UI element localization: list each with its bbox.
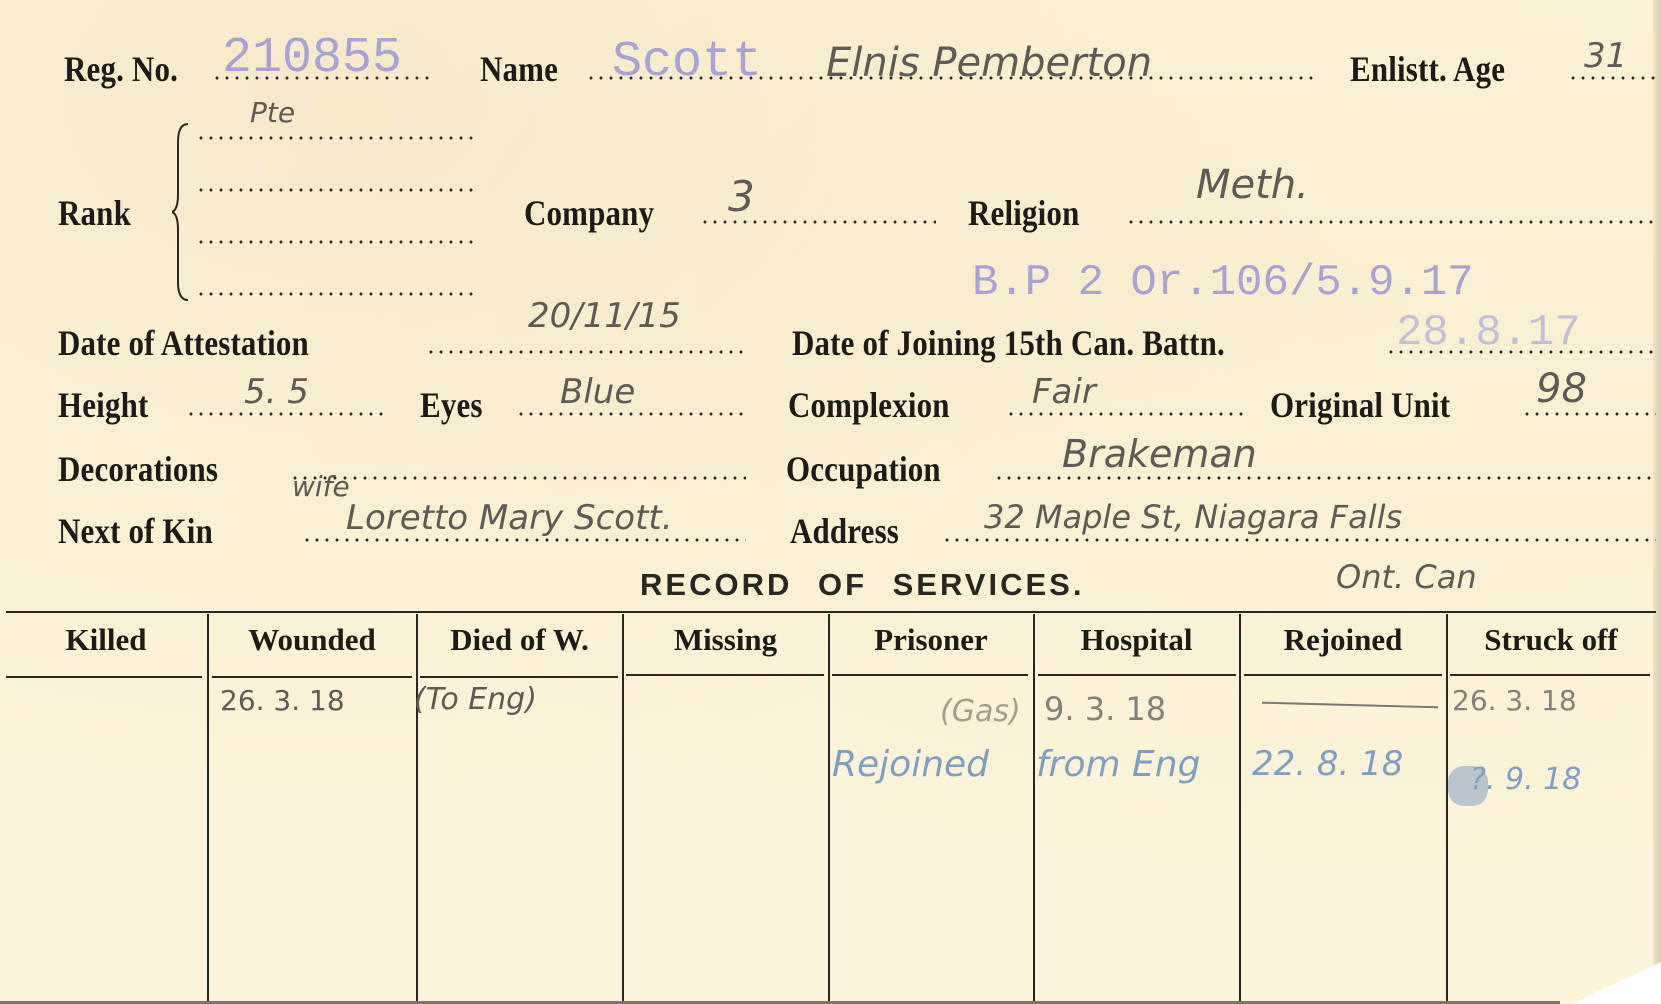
name-given-names: Elnis Pemberton (826, 40, 1152, 86)
rank-label: Rank (58, 192, 131, 234)
died-of-wounds-note: (To Eng) (414, 682, 537, 717)
attestation-dotted-line (426, 350, 746, 354)
original-unit-dotted-line (1522, 412, 1656, 416)
column-divider (1239, 614, 1241, 1004)
column-header-rejoined: Rejoined (1241, 622, 1445, 658)
record-of-services-title: RECORD OF SERVICES. (640, 567, 1084, 603)
rank-line-2 (196, 188, 478, 192)
card-edge (1653, 0, 1661, 1004)
wounded-date: 26. 3. 18 (220, 684, 345, 717)
date-of-attestation-label: Date of Attestation (58, 322, 309, 364)
next-of-kin-relation: wife (292, 470, 350, 503)
reg-no-value: 210855 (222, 30, 402, 87)
original-unit-label: Original Unit (1270, 384, 1450, 426)
reg-no-label: Reg. No. (64, 48, 178, 90)
column-divider (828, 614, 830, 1004)
rank-line-1 (196, 136, 474, 140)
hospital-date: 9. 3. 18 (1044, 690, 1166, 728)
rejoined-note-a: Rejoined (832, 744, 989, 785)
height-value: 5. 5 (244, 372, 309, 412)
company-value: 3 (728, 172, 755, 221)
occupation-label: Occupation (786, 448, 941, 490)
rank-value: Pte (250, 96, 295, 129)
column-header-wounded: Wounded (209, 622, 415, 658)
rank-brace (172, 122, 190, 302)
address-dotted-line (942, 538, 1656, 542)
column-divider (1033, 614, 1035, 1004)
column-header-struck-off: Struck off (1448, 622, 1654, 658)
struck-off-date-1: 26. 3. 18 (1452, 684, 1577, 717)
occupation-dotted-line (994, 476, 1656, 480)
column-header-died-of-wounds: Died of W. (418, 622, 621, 658)
header-underline (420, 676, 618, 678)
header-underline (212, 676, 412, 678)
header-underline (1038, 674, 1236, 676)
header-underline (1450, 674, 1650, 676)
eyes-label: Eyes (420, 384, 483, 426)
company-label: Company (524, 192, 654, 234)
decorations-label: Decorations (58, 448, 218, 490)
column-divider (1446, 614, 1448, 1004)
religion-dotted-line (1126, 220, 1656, 224)
column-divider (416, 614, 418, 1004)
date-of-joining-label: Date of Joining 15th Can. Battn. (792, 322, 1225, 364)
next-of-kin-label: Next of Kin (58, 510, 213, 552)
next-of-kin-dotted-line (302, 538, 746, 542)
rank-line-4 (196, 292, 474, 296)
rejoined-date: 22. 8. 18 (1252, 744, 1403, 784)
decorations-dotted-line (290, 476, 746, 480)
battalion-part-stamp: B.P 2 Or.106/5.9.17 (972, 258, 1474, 308)
column-divider (207, 614, 209, 1004)
religion-label: Religion (968, 192, 1079, 234)
date-of-attestation-value: 20/11/15 (528, 296, 681, 336)
next-of-kin-value: Loretto Mary Scott. (346, 498, 673, 538)
address-label: Address (790, 510, 899, 552)
rejoined-note-b: from Eng (1036, 744, 1200, 785)
column-divider (622, 614, 624, 1004)
name-surname-stamp: Scott (612, 34, 762, 91)
header-underline (6, 676, 202, 678)
struck-off-date-2: ?. 9. 18 (1470, 762, 1581, 797)
enlist-age-label: Enlistt. Age (1350, 48, 1505, 90)
column-header-prisoner: Prisoner (830, 622, 1032, 658)
occupation-value: Brakeman (1062, 432, 1257, 476)
original-unit-value: 98 (1536, 366, 1587, 412)
card-corner (1571, 962, 1661, 1004)
address-line-1: 32 Maple St, Niagara Falls (984, 498, 1402, 536)
religion-value: Meth. (1196, 162, 1309, 208)
height-dotted-line (186, 412, 384, 416)
column-header-missing: Missing (624, 622, 827, 658)
enlist-age-dotted-line (1568, 76, 1658, 80)
rank-line-3 (196, 240, 474, 244)
column-header-hospital: Hospital (1035, 622, 1238, 658)
height-label: Height (58, 384, 148, 426)
name-label: Name (480, 48, 558, 90)
prisoner-note: (Gas) (940, 694, 1021, 729)
complexion-value: Fair (1032, 372, 1096, 412)
header-underline (626, 674, 824, 676)
service-record-card: Reg. No. 210855 Name Scott Elnis Pembert… (0, 0, 1661, 1004)
header-underline (1244, 674, 1442, 676)
enlist-age-value: 31 (1584, 36, 1627, 76)
eyes-dotted-line (516, 412, 746, 416)
table-top-rule (6, 611, 1656, 613)
date-of-joining-value: 28.8.17 (1396, 308, 1581, 358)
header-underline (832, 674, 1028, 676)
rejoined-dash (1262, 702, 1438, 709)
complexion-label: Complexion (788, 384, 950, 426)
complexion-dotted-line (1006, 412, 1246, 416)
column-header-killed: Killed (6, 622, 206, 658)
eyes-value: Blue (560, 372, 635, 412)
address-line-2: Ont. Can (1336, 558, 1477, 596)
